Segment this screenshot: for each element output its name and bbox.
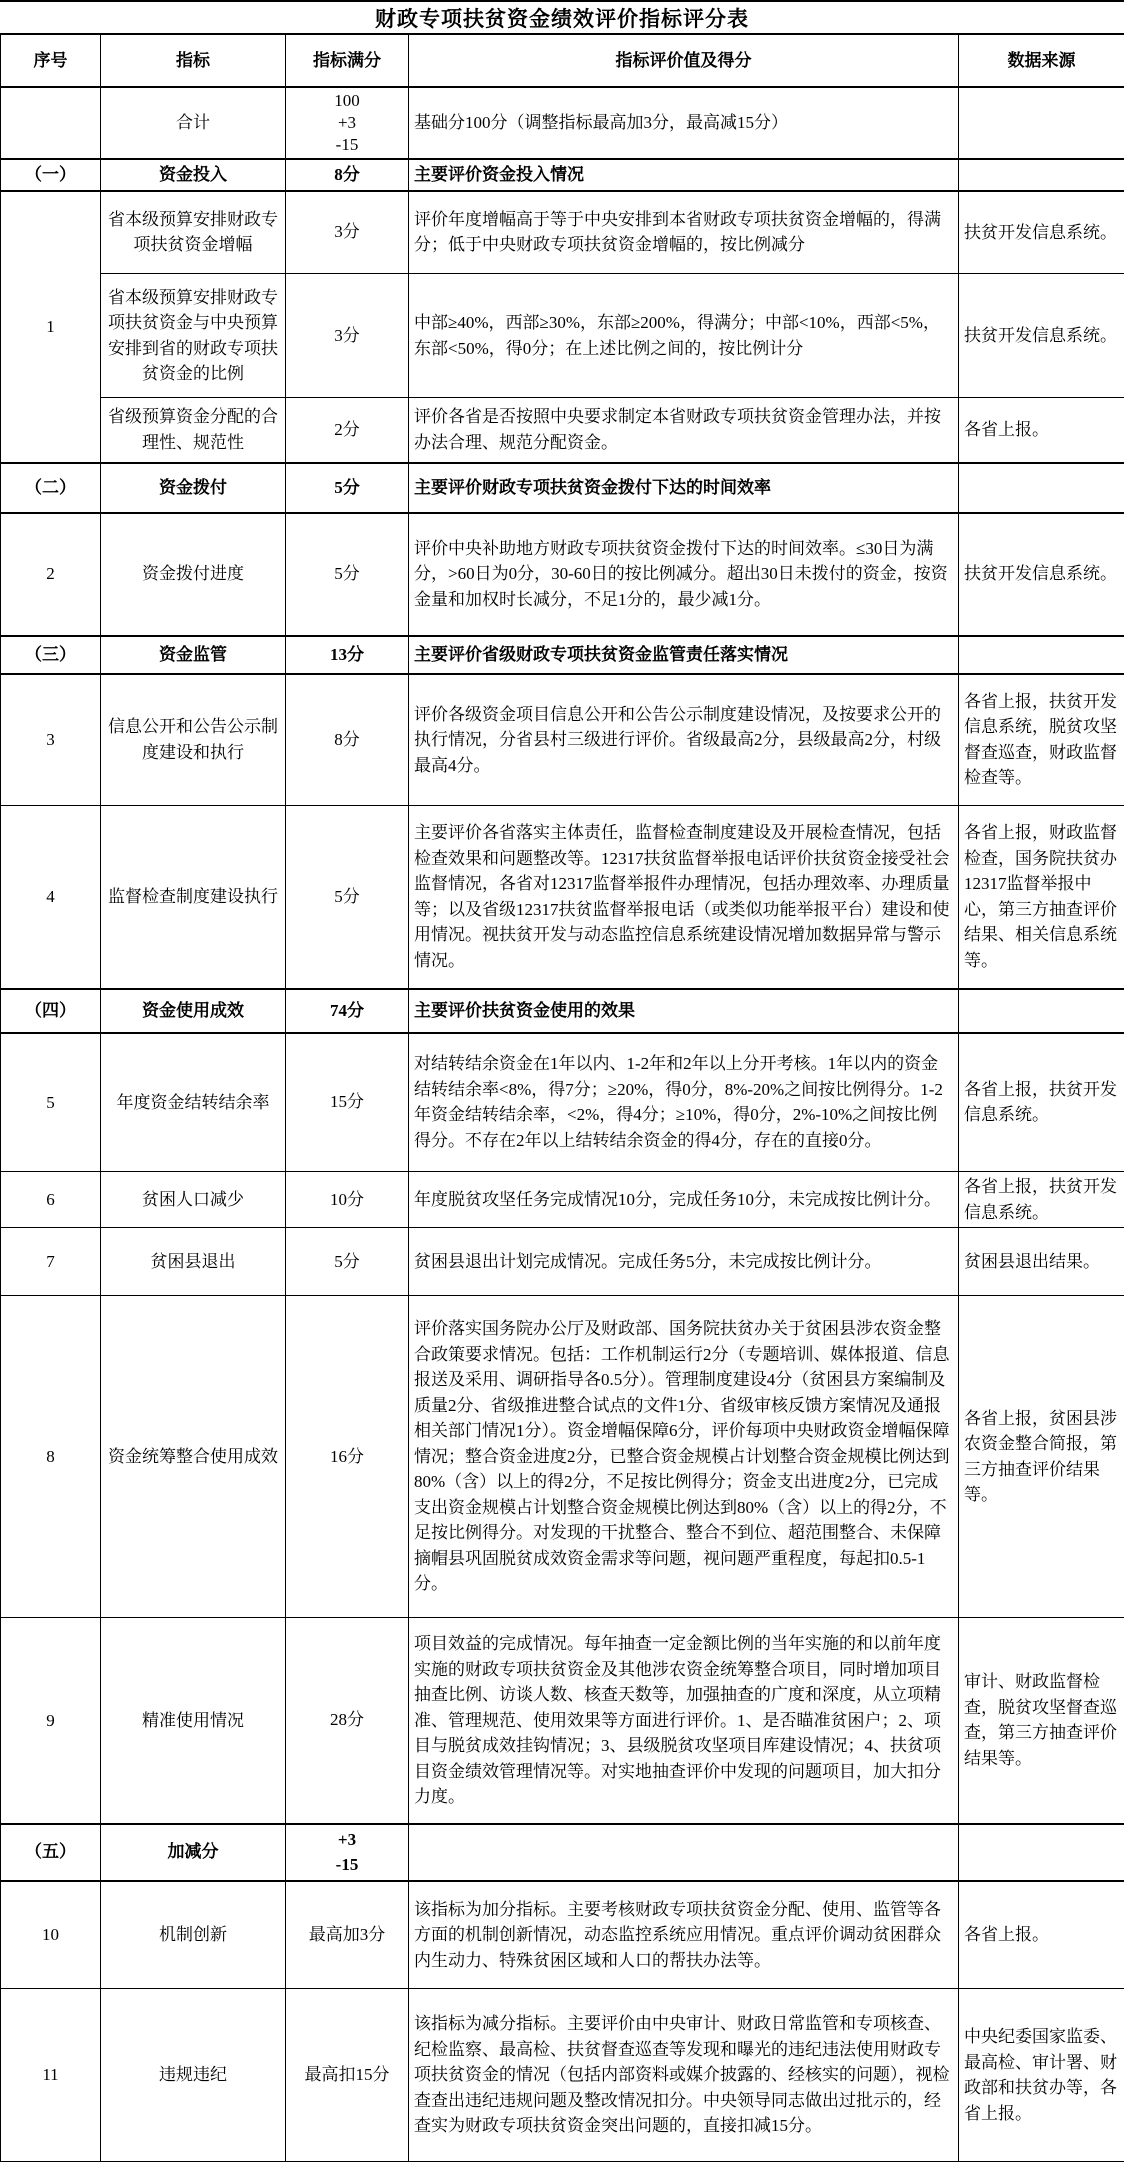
- serial-cell: 7: [1, 1228, 101, 1296]
- table-row: 11违规违纪最高扣15分该指标为减分指标。主要评价由中央审计、财政日常监管和专项…: [1, 1989, 1124, 2162]
- max-score-line: 2分: [291, 419, 403, 441]
- evaluation-cell: 贫困县退出计划完成情况。完成任务5分，未完成按比例计分。: [409, 1228, 959, 1296]
- serial-cell: 6: [1, 1172, 101, 1228]
- evaluation-cell: [409, 1824, 959, 1881]
- max-score-cell: 10分: [286, 1172, 409, 1228]
- evaluation-cell: 评价各级资金项目信息公开和公告公示制度建设情况，及按要求公开的执行情况，分省县村…: [409, 674, 959, 806]
- max-score-line: 5分: [291, 1251, 403, 1273]
- max-score-cell: 16分: [286, 1296, 409, 1618]
- score-table: 序号指标指标满分指标评价值及得分数据来源 合计100+3-15基础分100分（调…: [0, 33, 1124, 2162]
- serial-cell: （四）: [1, 989, 101, 1033]
- serial-cell: 5: [1, 1033, 101, 1172]
- document-page: 财政专项扶贫资金绩效评价指标评分表 序号指标指标满分指标评价值及得分数据来源 合…: [0, 0, 1124, 2162]
- section-row: （一）资金投入8分主要评价资金投入情况: [1, 159, 1124, 191]
- data-source-cell: 扶贫开发信息系统。: [959, 513, 1124, 636]
- evaluation-cell: 评价年度增幅高于等于中央安排到本省财政专项扶贫资金增幅的，得满分；低于中央财政专…: [409, 191, 959, 274]
- column-header: 序号: [1, 34, 101, 87]
- data-source-cell: 中央纪委国家监委、最高检、审计署、财政部和扶贫办等，各省上报。: [959, 1989, 1124, 2162]
- indicator-cell: 违规违纪: [101, 1989, 286, 2162]
- evaluation-cell: 主要评价扶贫资金使用的效果: [409, 989, 959, 1033]
- table-row: 省本级预算安排财政专项扶贫资金与中央预算安排到省的财政专项扶贫资金的比例3分中部…: [1, 274, 1124, 398]
- serial-cell: 8: [1, 1296, 101, 1618]
- max-score-line: 3分: [291, 221, 403, 243]
- data-source-cell: [959, 463, 1124, 513]
- max-score-line: 15分: [291, 1091, 403, 1113]
- evaluation-cell: 中部≥40%，西部≥30%，东部≥200%，得满分；中部<10%，西部<5%，东…: [409, 274, 959, 398]
- indicator-cell: 资金拨付进度: [101, 513, 286, 636]
- indicator-cell: 加减分: [101, 1824, 286, 1881]
- table-row: 9精准使用情况28分项目效益的完成情况。每年抽查一定金额比例的当年实施的和以前年…: [1, 1618, 1124, 1824]
- evaluation-cell: 项目效益的完成情况。每年抽查一定金额比例的当年实施的和以前年度实施的财政专项扶贫…: [409, 1618, 959, 1824]
- data-source-cell: 各省上报，财政监督检查，国务院扶贫办12317监督举报中心，第三方抽查评价结果、…: [959, 806, 1124, 989]
- data-source-cell: [959, 159, 1124, 191]
- indicator-cell: 精准使用情况: [101, 1618, 286, 1824]
- serial-cell: 9: [1, 1618, 101, 1824]
- section-row: （三）资金监管13分主要评价省级财政专项扶贫资金监管责任落实情况: [1, 636, 1124, 674]
- serial-cell: 4: [1, 806, 101, 989]
- page-title: 财政专项扶贫资金绩效评价指标评分表: [0, 0, 1124, 33]
- indicator-cell: 机制创新: [101, 1881, 286, 1989]
- max-score-line: 5分: [291, 886, 403, 908]
- serial-cell: [1, 87, 101, 159]
- table-row: 合计100+3-15基础分100分（调整指标最高加3分，最高减15分）: [1, 87, 1124, 159]
- max-score-line: 8分: [291, 729, 403, 751]
- column-header: 数据来源: [959, 34, 1124, 87]
- data-source-cell: 各省上报，贫困县涉农资金整合简报，第三方抽查评价结果等。: [959, 1296, 1124, 1618]
- table-row: 4监督检查制度建设执行5分主要评价各省落实主体责任，监督检查制度建设及开展检查情…: [1, 806, 1124, 989]
- data-source-cell: 贫困县退出结果。: [959, 1228, 1124, 1296]
- column-header: 指标评价值及得分: [409, 34, 959, 87]
- max-score-cell: 2分: [286, 398, 409, 463]
- max-score-cell: 5分: [286, 513, 409, 636]
- max-score-line: 最高加3分: [291, 1924, 403, 1946]
- max-score-line: 5分: [291, 563, 403, 585]
- max-score-cell: 28分: [286, 1618, 409, 1824]
- serial-cell: 3: [1, 674, 101, 806]
- max-score-line: 3分: [291, 325, 403, 347]
- max-score-line: 5分: [291, 475, 403, 501]
- indicator-cell: 资金统筹整合使用成效: [101, 1296, 286, 1618]
- data-source-cell: 各省上报，扶贫开发信息系统。: [959, 1033, 1124, 1172]
- max-score-line: -15: [291, 1852, 403, 1878]
- table-row: 7贫困县退出5分贫困县退出计划完成情况。完成任务5分，未完成按比例计分。贫困县退…: [1, 1228, 1124, 1296]
- evaluation-cell: 评价各省是否按照中央要求制定本省财政专项扶贫资金管理办法，并按办法合理、规范分配…: [409, 398, 959, 463]
- max-score-line: 100: [291, 90, 403, 112]
- max-score-line: 16分: [291, 1446, 403, 1468]
- table-row: 8资金统筹整合使用成效16分评价落实国务院办公厅及财政部、国务院扶贫办关于贫困县…: [1, 1296, 1124, 1618]
- table-row: 5年度资金结转结余率15分对结转结余资金在1年以内、1-2年和2年以上分开考核。…: [1, 1033, 1124, 1172]
- max-score-cell: 5分: [286, 463, 409, 513]
- table-row: 2资金拨付进度5分评价中央补助地方财政专项扶贫资金拨付下达的时间效率。≤30日为…: [1, 513, 1124, 636]
- table-row: 省级预算资金分配的合理性、规范性2分评价各省是否按照中央要求制定本省财政专项扶贫…: [1, 398, 1124, 463]
- indicator-cell: 资金拨付: [101, 463, 286, 513]
- serial-cell: （二）: [1, 463, 101, 513]
- max-score-line: 最高扣15分: [291, 2064, 403, 2086]
- column-header: 指标满分: [286, 34, 409, 87]
- indicator-cell: 信息公开和公告公示制度建设和执行: [101, 674, 286, 806]
- serial-cell: （五）: [1, 1824, 101, 1881]
- max-score-cell: 8分: [286, 159, 409, 191]
- max-score-cell: 100+3-15: [286, 87, 409, 159]
- column-header: 指标: [101, 34, 286, 87]
- serial-cell: （一）: [1, 159, 101, 191]
- indicator-cell: 贫困县退出: [101, 1228, 286, 1296]
- serial-cell: 2: [1, 513, 101, 636]
- data-source-cell: 各省上报。: [959, 1881, 1124, 1989]
- indicator-cell: 监督检查制度建设执行: [101, 806, 286, 989]
- indicator-cell: 省级预算资金分配的合理性、规范性: [101, 398, 286, 463]
- max-score-cell: 5分: [286, 1228, 409, 1296]
- serial-cell: 1: [1, 191, 101, 463]
- indicator-cell: 资金使用成效: [101, 989, 286, 1033]
- evaluation-cell: 该指标为减分指标。主要评价由中央审计、财政日常监管和专项核查、纪检监察、最高检、…: [409, 1989, 959, 2162]
- data-source-cell: 各省上报。: [959, 398, 1124, 463]
- max-score-cell: 74分: [286, 989, 409, 1033]
- data-source-cell: [959, 1824, 1124, 1881]
- evaluation-cell: 主要评价各省落实主体责任，监督检查制度建设及开展检查情况，包括检查效果和问题整改…: [409, 806, 959, 989]
- indicator-cell: 省本级预算安排财政专项扶贫资金与中央预算安排到省的财政专项扶贫资金的比例: [101, 274, 286, 398]
- evaluation-cell: 年度脱贫攻坚任务完成情况10分，完成任务10分，未完成按比例计分。: [409, 1172, 959, 1228]
- table-header-row: 序号指标指标满分指标评价值及得分数据来源: [1, 34, 1124, 87]
- evaluation-cell: 对结转结余资金在1年以内、1-2年和2年以上分开考核。1年以内的资金结转结余率<…: [409, 1033, 959, 1172]
- max-score-cell: 8分: [286, 674, 409, 806]
- section-row: （五）加减分+3-15: [1, 1824, 1124, 1881]
- section-row: （四）资金使用成效74分主要评价扶贫资金使用的效果: [1, 989, 1124, 1033]
- evaluation-cell: 评价落实国务院办公厅及财政部、国务院扶贫办关于贫困县涉农资金整合政策要求情况。包…: [409, 1296, 959, 1618]
- indicator-cell: 贫困人口减少: [101, 1172, 286, 1228]
- evaluation-cell: 主要评价省级财政专项扶贫资金监管责任落实情况: [409, 636, 959, 674]
- max-score-line: 74分: [291, 998, 403, 1024]
- max-score-cell: 3分: [286, 191, 409, 274]
- max-score-line: +3: [291, 1827, 403, 1853]
- max-score-cell: 最高加3分: [286, 1881, 409, 1989]
- data-source-cell: 各省上报，扶贫开发信息系统，脱贫攻坚督查巡查，财政监督检查等。: [959, 674, 1124, 806]
- max-score-line: 8分: [291, 162, 403, 188]
- serial-cell: 11: [1, 1989, 101, 2162]
- max-score-line: 28分: [291, 1709, 403, 1731]
- data-source-cell: [959, 636, 1124, 674]
- max-score-cell: 最高扣15分: [286, 1989, 409, 2162]
- section-row: （二）资金拨付5分主要评价财政专项扶贫资金拨付下达的时间效率: [1, 463, 1124, 513]
- serial-cell: 10: [1, 1881, 101, 1989]
- table-row: 3信息公开和公告公示制度建设和执行8分评价各级资金项目信息公开和公告公示制度建设…: [1, 674, 1124, 806]
- evaluation-cell: 主要评价财政专项扶贫资金拨付下达的时间效率: [409, 463, 959, 513]
- table-row: 6贫困人口减少10分年度脱贫攻坚任务完成情况10分，完成任务10分，未完成按比例…: [1, 1172, 1124, 1228]
- indicator-cell: 省本级预算安排财政专项扶贫资金增幅: [101, 191, 286, 274]
- table-row: 1省本级预算安排财政专项扶贫资金增幅3分评价年度增幅高于等于中央安排到本省财政专…: [1, 191, 1124, 274]
- evaluation-cell: 基础分100分（调整指标最高加3分，最高减15分）: [409, 87, 959, 159]
- max-score-cell: 3分: [286, 274, 409, 398]
- max-score-line: +3: [291, 112, 403, 134]
- max-score-line: -15: [291, 134, 403, 156]
- indicator-cell: 资金监管: [101, 636, 286, 674]
- max-score-cell: +3-15: [286, 1824, 409, 1881]
- max-score-cell: 15分: [286, 1033, 409, 1172]
- indicator-cell: 合计: [101, 87, 286, 159]
- indicator-cell: 年度资金结转结余率: [101, 1033, 286, 1172]
- table-body: 合计100+3-15基础分100分（调整指标最高加3分，最高减15分）（一）资金…: [1, 87, 1124, 2162]
- serial-cell: （三）: [1, 636, 101, 674]
- max-score-line: 13分: [291, 642, 403, 668]
- indicator-cell: 资金投入: [101, 159, 286, 191]
- evaluation-cell: 该指标为加分指标。主要考核财政专项扶贫资金分配、使用、监管等各方面的机制创新情况…: [409, 1881, 959, 1989]
- data-source-cell: 扶贫开发信息系统。: [959, 274, 1124, 398]
- data-source-cell: [959, 989, 1124, 1033]
- data-source-cell: 扶贫开发信息系统。: [959, 191, 1124, 274]
- table-row: 10机制创新最高加3分该指标为加分指标。主要考核财政专项扶贫资金分配、使用、监管…: [1, 1881, 1124, 1989]
- data-source-cell: 各省上报，扶贫开发信息系统。: [959, 1172, 1124, 1228]
- data-source-cell: 审计、财政监督检查，脱贫攻坚督查巡查，第三方抽查评价结果等。: [959, 1618, 1124, 1824]
- max-score-line: 10分: [291, 1189, 403, 1211]
- evaluation-cell: 主要评价资金投入情况: [409, 159, 959, 191]
- data-source-cell: [959, 87, 1124, 159]
- evaluation-cell: 评价中央补助地方财政专项扶贫资金拨付下达的时间效率。≤30日为满分，>60日为0…: [409, 513, 959, 636]
- max-score-cell: 13分: [286, 636, 409, 674]
- max-score-cell: 5分: [286, 806, 409, 989]
